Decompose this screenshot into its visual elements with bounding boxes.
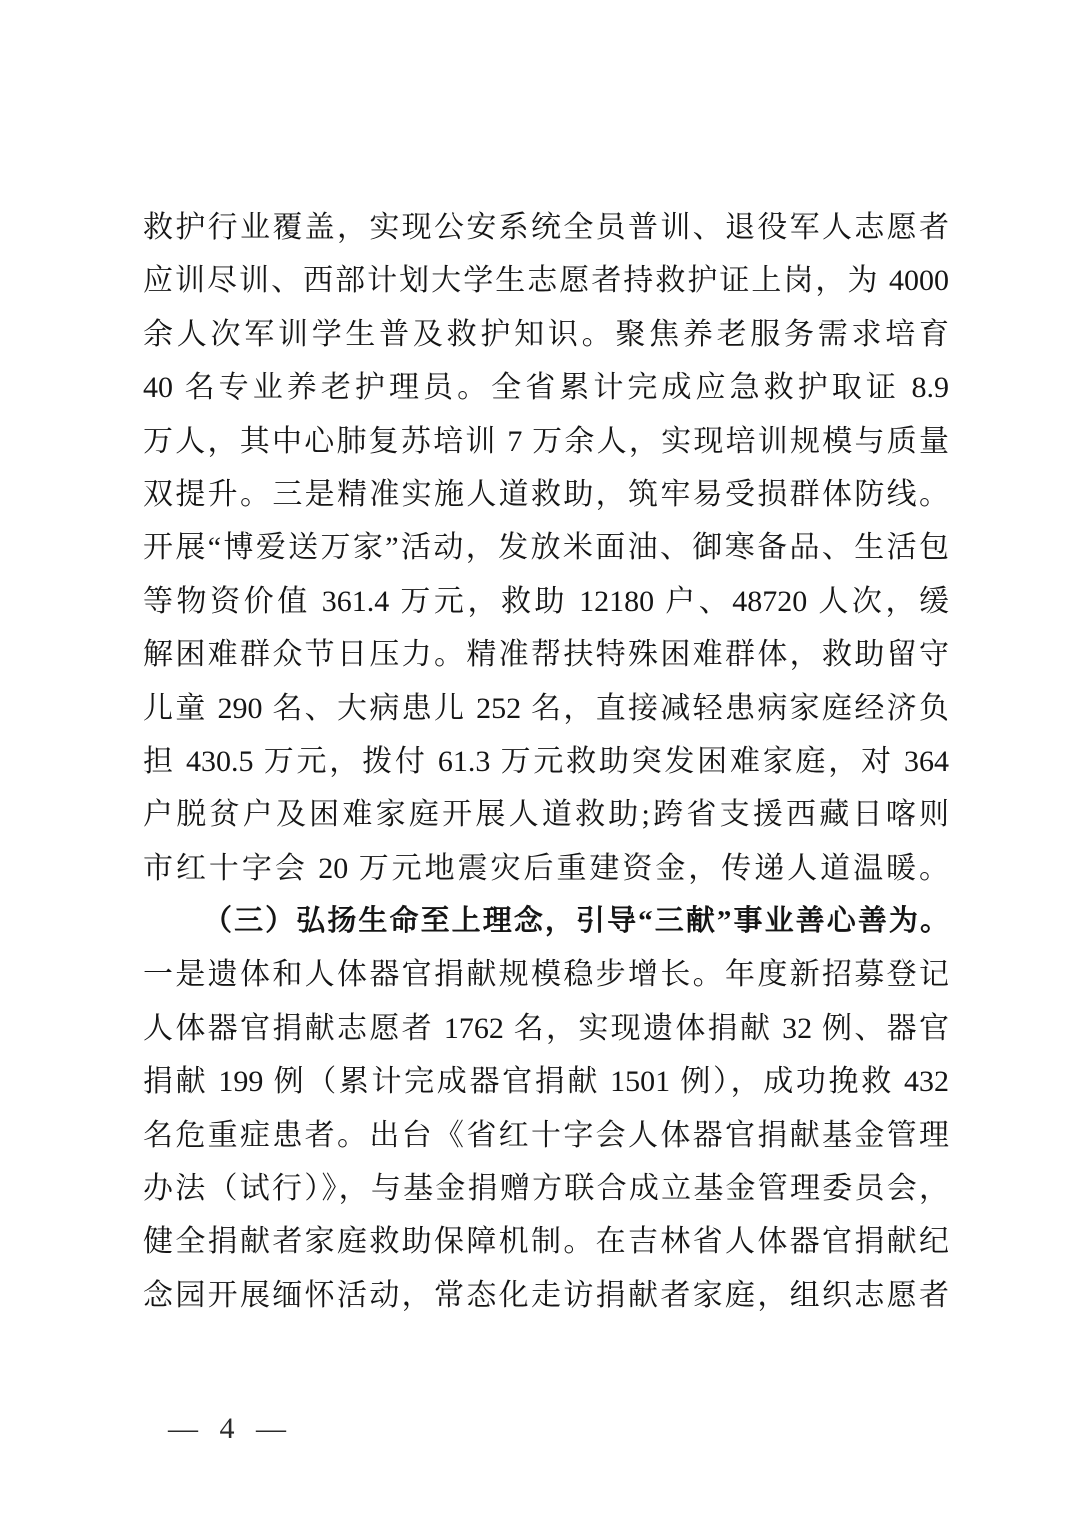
paragraph-line: 户脱贫户及困难家庭开展人道救助;跨省支援西藏日喀则 — [143, 788, 949, 841]
paragraph-line: 解困难群众节日压力。精准帮扶特殊困难群体，救助留守 — [143, 628, 949, 681]
document-body: 救护行业覆盖，实现公安系统全员普训、退役军人志愿者 应训尽训、西部计划大学生志愿… — [143, 201, 949, 1322]
document-page: 救护行业覆盖，实现公安系统全员普训、退役军人志愿者 应训尽训、西部计划大学生志愿… — [0, 0, 1074, 1520]
paragraph-line: 40 名专业养老护理员。全省累计完成应急救护取证 8.9 — [143, 361, 949, 414]
paragraph-line: 应训尽训、西部计划大学生志愿者持救护证上岗，为 4000 — [143, 254, 949, 307]
paragraph-line: 念园开展缅怀活动，常态化走访捐献者家庭，组织志愿者 — [143, 1269, 949, 1322]
paragraph-line: 担 430.5 万元，拨付 61.3 万元救助突发困难家庭，对 364 — [143, 735, 949, 788]
paragraph-line: 开展“博爱送万家”活动，发放米面油、御寒备品、生活包 — [143, 521, 949, 574]
paragraph-line: 捐献 199 例（累计完成器官捐献 1501 例），成功挽救 432 — [143, 1055, 949, 1108]
paragraph-line: 人体器官捐献志愿者 1762 名，实现遗体捐献 32 例、器官 — [143, 1002, 949, 1055]
paragraph-line: 健全捐献者家庭救助保障机制。在吉林省人体器官捐献纪 — [143, 1215, 949, 1268]
paragraph-line: 等物资价值 361.4 万元，救助 12180 户、48720 人次，缓 — [143, 575, 949, 628]
paragraph-line: 儿童 290 名、大病患儿 252 名，直接减轻患病家庭经济负 — [143, 682, 949, 735]
paragraph-line: 一是遗体和人体器官捐献规模稳步增长。年度新招募登记 — [143, 948, 949, 1001]
paragraph-line: 办法（试行）》，与基金捐赠方联合成立基金管理委员会， — [143, 1162, 949, 1215]
section-heading-line: （三）弘扬生命至上理念，引导“三献”事业善心善为。 — [143, 895, 949, 948]
paragraph-line: 双提升。三是精准实施人道救助，筑牢易受损群体防线。 — [143, 468, 949, 521]
paragraph-line: 万人，其中心肺复苏培训 7 万余人，实现培训规模与质量 — [143, 415, 949, 468]
paragraph-line: 市红十字会 20 万元地震灾后重建资金，传递人道温暖。 — [143, 842, 949, 895]
paragraph-line: 救护行业覆盖，实现公安系统全员普训、退役军人志愿者 — [143, 201, 949, 254]
page-number: — 4 — — [168, 1412, 287, 1446]
paragraph-line: 余人次军训学生普及救护知识。聚焦养老服务需求培育 — [143, 308, 949, 361]
paragraph-line: 名危重症患者。出台《省红十字会人体器官捐献基金管理 — [143, 1109, 949, 1162]
